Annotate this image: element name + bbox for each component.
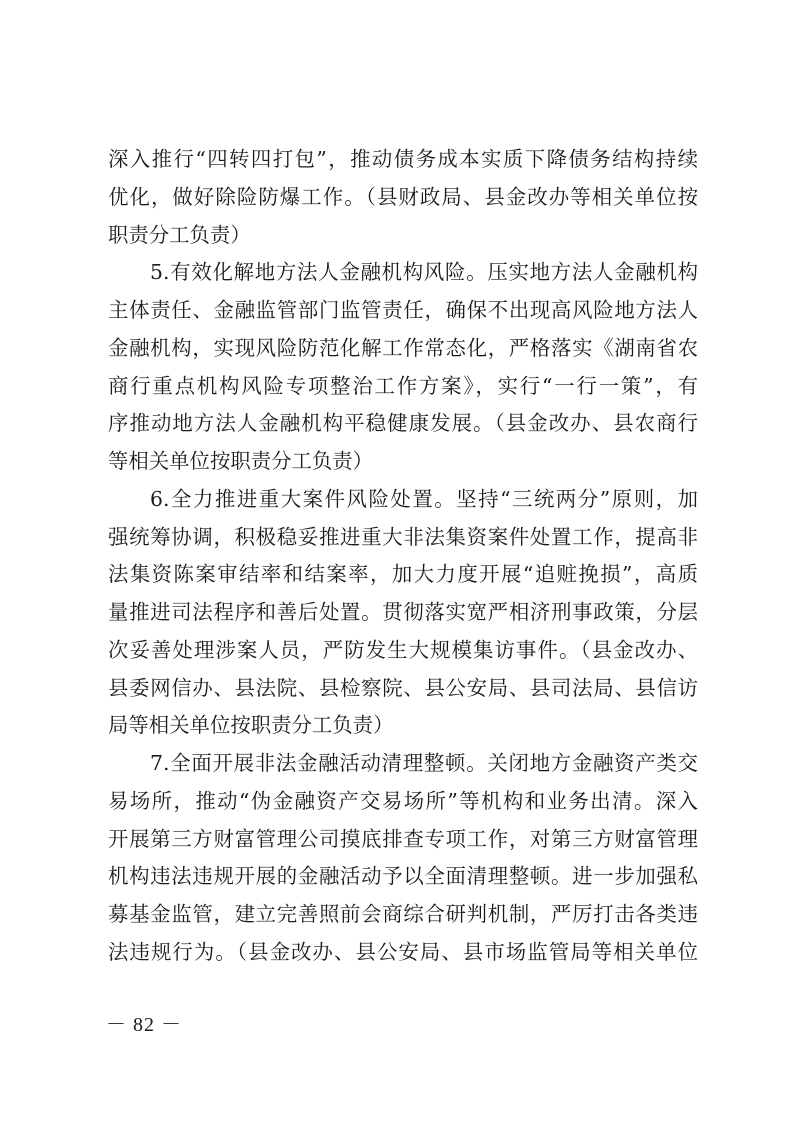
paragraph-item-7: 7.全面开展非法金融活动清理整顿。关闭地方金融资产类交 易场所，推动“伪金融资产… (108, 745, 698, 972)
text-line: 主体责任、金融监管部门监管责任，确保不出现高风险地方法人 (108, 292, 698, 330)
text-line: 优化，做好除险防爆工作。（县财政局、县金改办等相关单位按 (108, 179, 698, 217)
text-line: 等相关单位按职责分工负责） (108, 443, 698, 481)
paragraph-item-6: 6.全力推进重大案件风险处置。坚持“三统两分”原则，加 强统筹协调，积极稳妥推进… (108, 481, 698, 745)
text-line: 量推进司法程序和善后处置。贯彻落实宽严相济刑事政策，分层 (108, 594, 698, 632)
text-line: 募基金监管，建立完善照前会商综合研判机制，严厉打击各类违 (108, 896, 698, 934)
text-line: 金融机构，实现风险防范化解工作常态化，严格落实《湖南省农 (108, 330, 698, 368)
text-line: 深入推行“四转四打包”，推动债务成本实质下降债务结构持续 (108, 141, 698, 179)
text-line: 商行重点机构风险专项整治工作方案》，实行“一行一策”，有 (108, 368, 698, 406)
text-line: 法集资陈案审结率和结案率，加大力度开展“追赃挽损”，高质 (108, 556, 698, 594)
text-line: 机构违法违规开展的金融活动予以全面清理整顿。进一步加强私 (108, 858, 698, 896)
text-line: 开展第三方财富管理公司摸底排查专项工作，对第三方财富管理 (108, 821, 698, 859)
page-number: － 82 － (106, 1011, 182, 1039)
document-body: 深入推行“四转四打包”，推动债务成本实质下降债务结构持续 优化，做好除险防爆工作… (108, 141, 698, 972)
text-line: 序推动地方法人金融机构平稳健康发展。（县金改办、县农商行 (108, 405, 698, 443)
text-line: 6.全力推进重大案件风险处置。坚持“三统两分”原则，加 (108, 481, 698, 519)
text-line: 县委网信办、县法院、县检察院、县公安局、县司法局、县信访 (108, 670, 698, 708)
text-line: 局等相关单位按职责分工负责） (108, 707, 698, 745)
text-line: 5.有效化解地方法人金融机构风险。压实地方法人金融机构 (108, 254, 698, 292)
text-line: 强统筹协调，积极稳妥推进重大非法集资案件处置工作，提高非 (108, 519, 698, 557)
text-line: 法违规行为。（县金改办、县公安局、县市场监管局等相关单位 (108, 934, 698, 972)
text-line: 易场所，推动“伪金融资产交易场所”等机构和业务出清。深入 (108, 783, 698, 821)
text-line: 7.全面开展非法金融活动清理整顿。关闭地方金融资产类交 (108, 745, 698, 783)
text-line: 次妥善处理涉案人员，严防发生大规模集访事件。（县金改办、 (108, 632, 698, 670)
text-line: 职责分工负责） (108, 217, 698, 255)
paragraph-item-5: 5.有效化解地方法人金融机构风险。压实地方法人金融机构 主体责任、金融监管部门监… (108, 254, 698, 481)
paragraph-continuation: 深入推行“四转四打包”，推动债务成本实质下降债务结构持续 优化，做好除险防爆工作… (108, 141, 698, 254)
